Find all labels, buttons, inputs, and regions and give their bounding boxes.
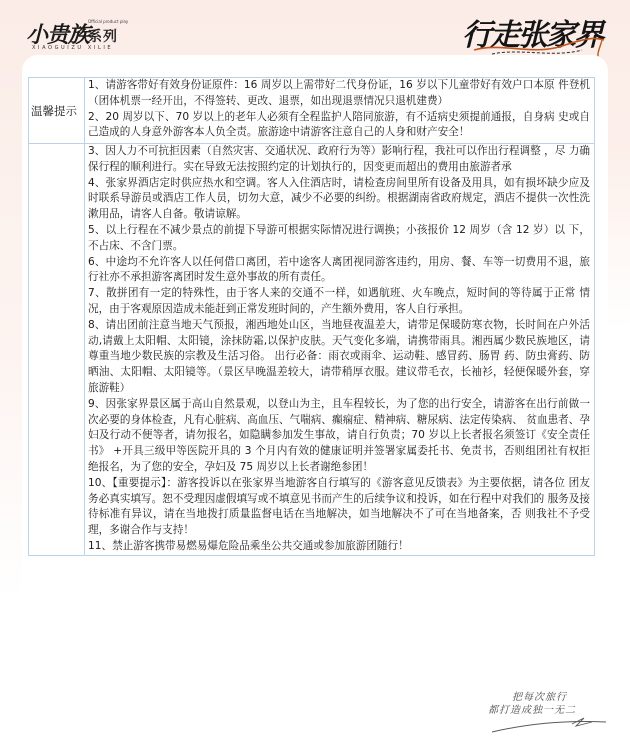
notice-item: 3、因人力不可抗拒因素（自然灾害、交通状况、政府行为等）影响行程，我社可以作出行… bbox=[88, 144, 590, 176]
brand-logo-tagline: Official product play bbox=[88, 19, 128, 24]
page-header: 小贵族 Official product play 系列 XIAOGUIZU X… bbox=[0, 0, 630, 56]
signature-slogan: 把每次旅行 都打造成独一无二 bbox=[486, 688, 616, 738]
notice-item: 7、散拼团有一定的特殊性，由于客人来的交通不一样，如遇航班、火车晚点，短时间的等… bbox=[88, 286, 590, 318]
notice-label-empty bbox=[29, 144, 85, 556]
notice-item: 6、中途均不允许客人以任何借口离团，若中途客人离团视同游客违约，用房、餐、车等一… bbox=[88, 255, 590, 287]
notice-table: 温馨提示 1、请游客带好有效身份证原件：16 周岁以上需带好二代身份证，16 岁… bbox=[28, 77, 595, 556]
notice-item: 10、【重要提示】：游客投诉以在张家界当地游客自行填写的《游客意见反馈表》为主要… bbox=[88, 476, 590, 539]
side-background bbox=[0, 60, 22, 600]
table-row: 3、因人力不可抗拒因素（自然灾害、交通状况、政府行为等）影响行程，我社可以作出行… bbox=[29, 144, 595, 556]
notice-item: 1、请游客带好有效身份证原件：16 周岁以上需带好二代身份证，16 岁以下儿童带… bbox=[88, 78, 590, 110]
notice-item: 5、以上行程在不减少景点的前提下导游可根据实际情况进行调换；小孩报价 12 周岁… bbox=[88, 223, 590, 255]
notice-item: 9、因张家界景区属于高山自然景观，以登山为主，且车程较长，为了您的出行安全，请游… bbox=[88, 397, 590, 476]
notice-item: 11、禁止游客携带易燃易爆危险品乘坐公共交通或参加旅游团随行！ bbox=[88, 539, 590, 555]
title-logo: 行走张家界 bbox=[462, 10, 612, 60]
notice-label: 温馨提示 bbox=[29, 78, 85, 144]
brand-logo-pinyin: XIAOGUIZU XILIE bbox=[32, 45, 113, 51]
brand-logo: 小贵族 Official product play 系列 XIAOGUIZU X… bbox=[26, 18, 156, 52]
table-row: 温馨提示 1、请游客带好有效身份证原件：16 周岁以上需带好二代身份证，16 岁… bbox=[29, 78, 595, 144]
notice-item: 2、20 周岁以下、70 岁以上的老年人必须有全程监护人陪同旅游，有不适病史须提… bbox=[88, 110, 590, 142]
signature-underline-icon bbox=[486, 710, 616, 736]
notice-content: 3、因人力不可抗拒因素（自然灾害、交通状况、政府行为等）影响行程，我社可以作出行… bbox=[85, 144, 595, 556]
brand-logo-series: 系列 bbox=[88, 26, 118, 46]
notice-item: 4、张家界酒店定时供应热水和空调。客人入住酒店时，请检查房间里所有设备及用具，如… bbox=[88, 176, 590, 223]
notice-content: 1、请游客带好有效身份证原件：16 周岁以上需带好二代身份证，16 岁以下儿童带… bbox=[85, 78, 595, 144]
notice-item: 8、请出团前注意当地天气预报，湘西地处山区，当地昼夜温差大，请带足保暖防寒衣物，… bbox=[88, 318, 590, 397]
